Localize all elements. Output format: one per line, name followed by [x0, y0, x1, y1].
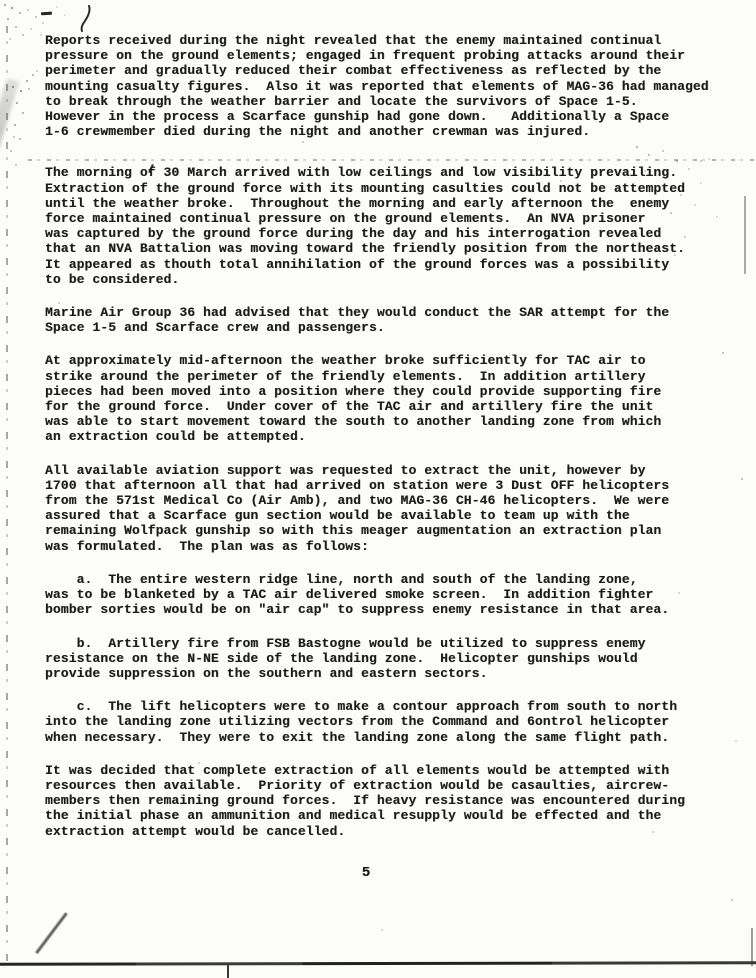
- text-line: assured that a Scarface gun section woul…: [45, 508, 735, 523]
- text-line: resistance on the N-NE side of the landi…: [45, 651, 735, 666]
- bottom-rule-tick: [227, 964, 229, 978]
- scan-line-right-lower: [751, 928, 753, 966]
- page-number: 5: [0, 864, 732, 882]
- paragraph-p2: The morning of 30 March arrived with low…: [45, 165, 735, 287]
- text-line: Marine Air Group 36 had advised that the…: [45, 305, 735, 320]
- text-line: bomber sorties would be on "air cap" to …: [45, 602, 735, 617]
- text-line: until the weather broke. Throughout the …: [45, 196, 735, 211]
- text-line: Extraction of the ground force with its …: [45, 181, 735, 196]
- paragraph-item-a: a. The entire western ridge line, north …: [45, 572, 735, 618]
- text-line: the initial phase an ammunition and medi…: [45, 808, 735, 823]
- text-line: to break through the weather barrier and…: [45, 94, 735, 109]
- text-line: However in the process a Scarface gunshi…: [45, 109, 735, 124]
- paragraph-p3: Marine Air Group 36 had advised that the…: [45, 305, 735, 335]
- text-line: 1-6 crewmember died during the night and…: [45, 124, 735, 139]
- paragraph-item-c: c. The lift helicopters were to make a c…: [45, 699, 735, 745]
- paragraph-p1: Reports received during the night reveal…: [45, 33, 735, 139]
- text-line: was able to start movement toward the so…: [45, 414, 735, 429]
- text-line: force maintained continual pressure on t…: [45, 211, 735, 226]
- page-bottom-rule: [0, 961, 756, 966]
- text-line: At approximately mid-afternoon the weath…: [45, 353, 735, 368]
- text-line: was formulated. The plan was as follows:: [45, 539, 735, 554]
- text-line: mounting casualty figures. Also it was r…: [45, 79, 735, 94]
- text-line: for the ground force. Under cover of the…: [45, 399, 735, 414]
- text-line: resources then available. Priority of ex…: [45, 778, 735, 793]
- paragraph-p5: All available aviation support was reque…: [45, 463, 735, 554]
- text-line: provide suppression on the southern and …: [45, 666, 735, 681]
- scan-line-right-upper: [744, 196, 746, 274]
- text-line: pressure on the ground elements; engaged…: [45, 48, 735, 63]
- text-line: was to be blanketed by a TAC air deliver…: [45, 587, 735, 602]
- pen-slash-bottom-left: [35, 912, 67, 953]
- text-line: pieces had been moved into a position wh…: [45, 384, 735, 399]
- text-line: remaining Wolfpack gunship so with this …: [45, 523, 735, 538]
- text-line: to be considered.: [45, 272, 735, 287]
- pen-squiggle-mark: [80, 5, 94, 32]
- text-line: was captured by the ground force during …: [45, 226, 735, 241]
- pencil-smudge-left-margin: [0, 78, 19, 176]
- scan-dust-speckles: [0, 0, 2, 2]
- text-line: from the 571st Medical Co (Air Amb), and…: [45, 493, 735, 508]
- text-line: when necessary. They were to exit the la…: [45, 730, 735, 745]
- paragraph-p4: At approximately mid-afternoon the weath…: [45, 353, 735, 444]
- text-line: that an NVA Battalion was moving toward …: [45, 241, 735, 256]
- pen-dash-mark: [41, 12, 52, 16]
- document-page: Reports received during the night reveal…: [0, 0, 756, 978]
- text-line: extraction attempt would be cancelled.: [45, 824, 735, 839]
- text-line: into the landing zone utilizing vectors …: [45, 714, 735, 729]
- paragraph-p9: It was decided that complete extraction …: [45, 763, 735, 839]
- scan-edge-left-dashes: [6, 26, 8, 964]
- text-line: All available aviation support was reque…: [45, 463, 735, 478]
- text-line: c. The lift helicopters were to make a c…: [45, 699, 735, 714]
- text-line: strike around the perimeter of the frien…: [45, 369, 735, 384]
- speckle-cluster-top-left: [4, 4, 6, 6]
- text-line: It appeared as thouth total annihilation…: [45, 257, 735, 272]
- text-line: Space 1-5 and Scarface crew and passenge…: [45, 320, 735, 335]
- smudge-speckles: [12, 86, 14, 88]
- text-line: members then remaining ground forces. If…: [45, 793, 735, 808]
- text-line: an extraction could be attempted.: [45, 429, 735, 444]
- text-line: b. Artillery fire from FSB Bastogne woul…: [45, 636, 735, 651]
- text-line: It was decided that complete extraction …: [45, 763, 735, 778]
- text-line: a. The entire western ridge line, north …: [45, 572, 735, 587]
- text-line: Reports received during the night reveal…: [45, 33, 735, 48]
- document-text: Reports received during the night reveal…: [45, 33, 735, 839]
- text-line: 1700 that afternoon all that had arrived…: [45, 478, 735, 493]
- text-line: The morning of 30 March arrived with low…: [45, 165, 735, 180]
- text-line: perimeter and gradually reduced their co…: [45, 63, 735, 78]
- paragraph-item-b: b. Artillery fire from FSB Bastogne woul…: [45, 636, 735, 682]
